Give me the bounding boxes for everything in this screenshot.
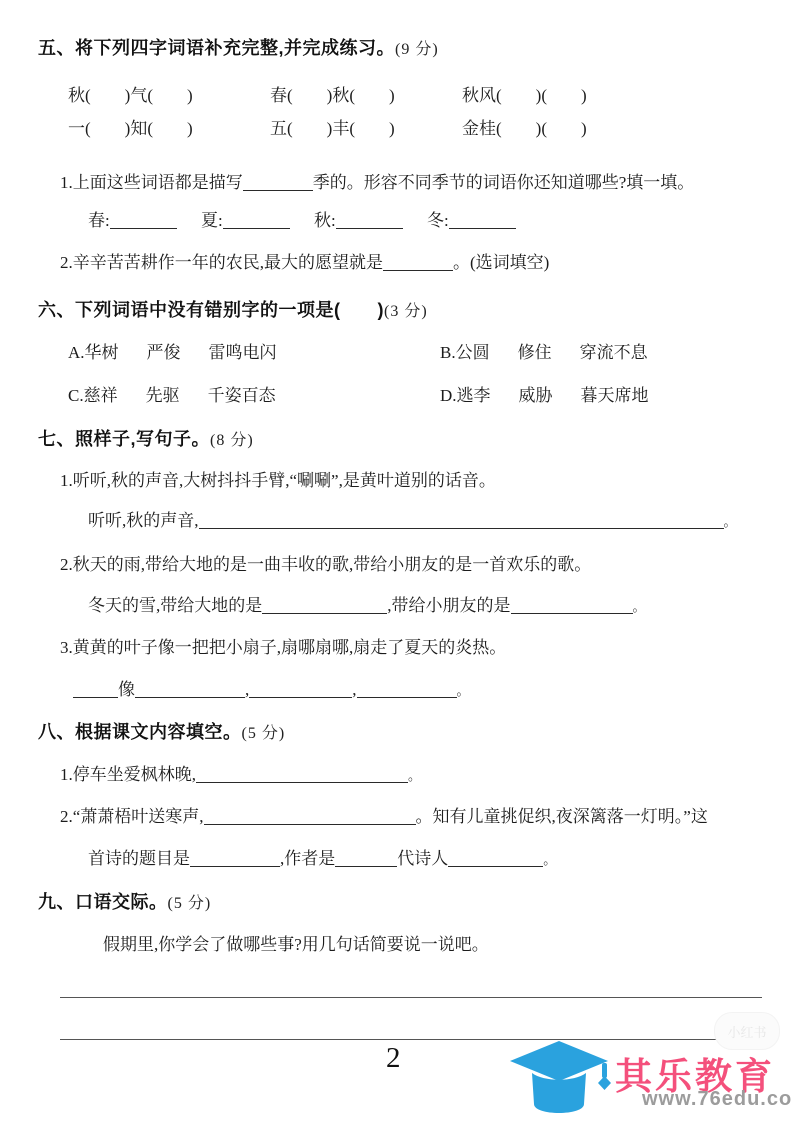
question-8-2-line2: 首诗的题目是,作者是代诗人。 [88, 847, 556, 872]
question-7-2: 2.秋天的雨,带给大地的是一曲丰收的歌,带给小朋友的是一首欢乐的歌。 [60, 553, 591, 577]
season-label: 春: [88, 211, 110, 230]
section-8-title: 八、根据课文内容填空。 [38, 722, 242, 742]
section-6-score: (3 分) [384, 303, 428, 320]
question-5-1: 1.上面这些词语都是描写季的。形容不同季节的词语你还知道哪些?填一填。 [60, 171, 694, 195]
answer-blank [204, 808, 416, 825]
question-8-2-line1: 2.“萧萧梧叶送寒声,。知有儿童挑促织,夜深篱落一灯明。”这 [60, 805, 708, 829]
season-label: 冬: [427, 211, 449, 230]
xiaohongshu-watermark: 小红书 [714, 1012, 780, 1050]
section-7-header: 七、照样子,写句子。(8 分) [38, 427, 254, 453]
word-item: 一( )知( ) [68, 117, 193, 141]
section-5-score: (9 分) [395, 41, 439, 58]
answer-blank [223, 212, 290, 229]
season-label: 夏: [201, 211, 223, 230]
word-item: 金桂( )( ) [462, 117, 587, 141]
answer-blank [135, 681, 245, 698]
word-item: 春( )秋( ) [270, 84, 395, 108]
answer-blank [336, 212, 403, 229]
question-7-3: 3.黄黄的叶子像一把把小扇子,扇哪扇哪,扇走了夏天的炎热。 [60, 636, 506, 660]
answer-blank [110, 212, 177, 229]
answer-writing-line [60, 997, 762, 998]
graduation-cap-icon [510, 1040, 614, 1122]
answer-blank [196, 766, 408, 783]
section-8-header: 八、根据课文内容填空。(5 分) [38, 720, 285, 746]
answer-writing-line [60, 1039, 762, 1040]
option-d: D.逃李威胁暮天席地 [440, 384, 649, 408]
question-7-1: 1.听听,秋的声音,大树抖抖手臂,“唰唰”,是黄叶道别的话音。 [60, 469, 496, 493]
answer-blank [199, 512, 724, 529]
question-5-2: 2.辛辛苦苦耕作一年的农民,最大的愿望就是。(选词填空) [60, 251, 549, 275]
option-c: C.慈祥先驱千姿百态 [68, 384, 276, 408]
answer-7-1: 听听,秋的声音,。 [88, 509, 737, 534]
answer-blank [383, 254, 453, 271]
section-5-header: 五、将下列四字词语补充完整,并完成练习。(9 分) [38, 36, 439, 62]
section-9-score: (5 分) [168, 895, 212, 912]
word-item: 秋风( )( ) [462, 84, 587, 108]
section-7-title: 七、照样子,写句子。 [38, 429, 210, 449]
answer-blank [262, 597, 387, 614]
seasons-row: 春: 夏: 秋: 冬: [88, 209, 738, 353]
answer-blank [448, 850, 543, 867]
answer-blank [249, 681, 352, 698]
answer-blank [190, 850, 280, 867]
answer-7-3: 像,,。 [73, 678, 470, 703]
brand-url: www.76edu.com [642, 1088, 793, 1111]
answer-blank [357, 681, 457, 698]
answer-7-2: 冬天的雪,带给大地的是,带给小朋友的是。 [88, 594, 646, 619]
word-item: 五( )丰( ) [270, 117, 395, 141]
section-9-header: 九、口语交际。(5 分) [38, 890, 211, 916]
answer-blank [335, 850, 397, 867]
page-number: 2 [386, 1042, 401, 1075]
question-8-1: 1.停车坐爱枫林晚,。 [60, 763, 421, 788]
answer-blank [511, 597, 633, 614]
answer-blank [449, 212, 516, 229]
season-label: 秋: [314, 211, 336, 230]
section-5-title: 五、将下列四字词语补充完整,并完成练习。 [38, 38, 395, 58]
answer-blank [73, 681, 118, 698]
word-item: 秋( )气( ) [68, 84, 193, 108]
section-6-header: 六、下列词语中没有错别字的一项是( )(3 分) [38, 298, 428, 324]
section-9-title: 九、口语交际。 [38, 892, 168, 912]
option-a: A.华树严俊雷鸣电闪 [68, 341, 277, 365]
question-9-prompt: 假期里,你学会了做哪些事?用几句话简要说一说吧。 [103, 933, 489, 957]
worksheet-page: 五、将下列四字词语补充完整,并完成练习。(9 分) 秋( )气( ) 春( )秋… [0, 0, 793, 1122]
section-7-score: (8 分) [210, 432, 254, 449]
section-8-score: (5 分) [242, 725, 286, 742]
section-6-title: 六、下列词语中没有错别字的一项是( ) [38, 300, 384, 320]
answer-blank [243, 174, 313, 191]
option-b: B.公圆修住穿流不息 [440, 341, 648, 365]
